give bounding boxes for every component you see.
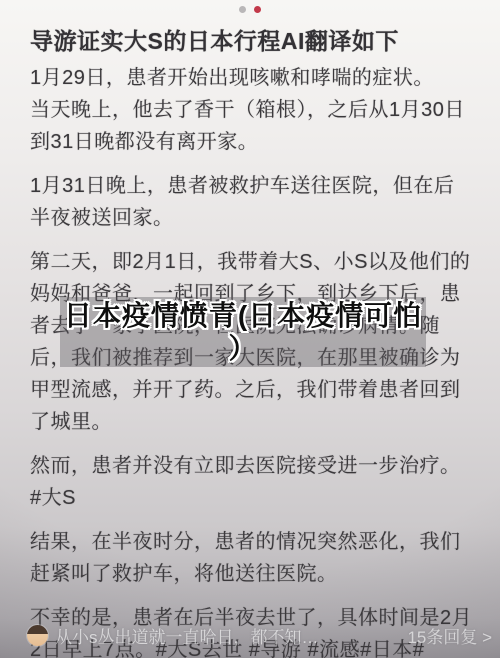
caption-line-1: 日本疫情愤青(日本疫情可怕 [64, 299, 422, 332]
commenter-avatar-icon[interactable] [27, 625, 48, 646]
comment-preview-bar[interactable]: 从小s丛出道就一直哈日，都不知… 15条回复 > [0, 620, 500, 650]
post-paragraph: 1月31日晚上，患者被救护车送往医院，但在后半夜被送回家。 [30, 170, 474, 234]
carousel-dot-inactive [239, 6, 246, 13]
comment-preview-text[interactable]: 从小s丛出道就一直哈日，都不知… [55, 623, 407, 648]
hashtag-line: #大S [30, 482, 474, 514]
post-image-screen: 导游证实大S的日本行程AI翻译如下 1月29日，患者开始出现咳嗽和哮喘的症状。 … [0, 0, 500, 658]
post-paragraph: 1月29日，患者开始出现咳嗽和哮喘的症状。 [30, 62, 474, 94]
post-paragraph: 当天晚上，他去了香干（箱根），之后从1月30日到31日晚都没有离开家。 [30, 94, 474, 158]
carousel-dot-active [254, 6, 261, 13]
carousel-dots [0, 0, 500, 13]
post-title: 导游证实大S的日本行程AI翻译如下 [30, 26, 470, 56]
caption-overlay: 日本疫情愤青(日本疫情可怕 ） [60, 297, 426, 367]
replies-link[interactable]: 15条回复 > [407, 623, 492, 648]
post-paragraph: 结果，在半夜时分，患者的情况突然恶化，我们赶紧叫了救护车，将他送往医院。 [30, 526, 474, 590]
caption-line-2: ） [228, 332, 257, 365]
post-paragraph: 然而，患者并没有立即去医院接受进一步治疗。 [30, 450, 474, 482]
